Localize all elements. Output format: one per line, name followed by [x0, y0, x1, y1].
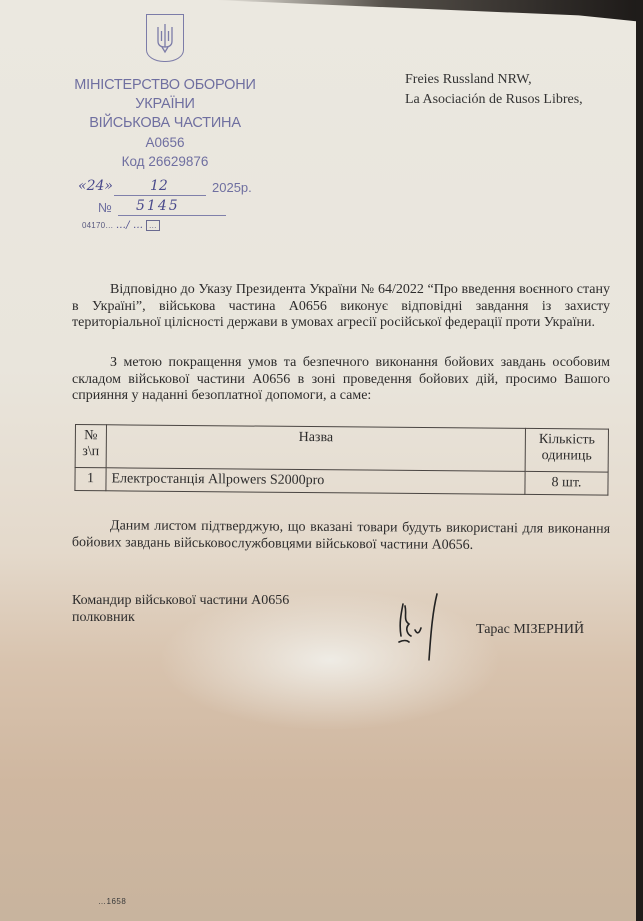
registration-tag: …	[146, 220, 160, 231]
addressee-line-1: Freies Russland NRW,	[405, 70, 583, 90]
unit-type: ВІЙСЬКОВА ЧАСТИНА	[70, 114, 260, 133]
addressee-line-2: La Asociación de Rusos Libres,	[405, 90, 583, 110]
handwritten-signature-icon	[393, 590, 453, 662]
signer-position: Командир військової частини А0656 полков…	[72, 592, 289, 626]
unit-number: А0656	[70, 133, 260, 152]
table-row: 1 Електростанція Allpowers S2000pro 8 шт…	[75, 468, 608, 496]
ministry-name: МІНІСТЕРСТВО ОБОРОНИ	[70, 76, 260, 95]
registration-prefix: 04170…	[82, 221, 113, 230]
date-underline	[114, 195, 206, 196]
registration-stamp-line: 04170… …/ … …	[82, 220, 262, 231]
signer-rank: полковник	[72, 609, 289, 626]
outgoing-date-number: «24» 12 2025р. № 5145	[78, 178, 258, 218]
items-table: № з\п Назва Кількість одиниць 1 Електрос…	[74, 424, 609, 496]
trident-coat-of-arms-icon	[146, 14, 184, 62]
row-quantity: 8 шт.	[525, 471, 608, 495]
row-number: 1	[75, 468, 106, 491]
letter-page: МІНІСТЕРСТВО ОБОРОНИ УКРАЇНИ ВІЙСЬКОВА Ч…	[0, 0, 638, 921]
background-edge	[636, 0, 643, 921]
signer-name: Тарас МІЗЕРНИЙ	[476, 622, 584, 638]
date-day: «24»	[78, 178, 113, 194]
paragraph-request: З метою покращення умов та безпечного ви…	[72, 355, 610, 405]
date-year: 2025р.	[212, 180, 252, 195]
paragraph-decree: Відповідно до Указу Президента України №…	[72, 282, 610, 332]
header-name: Назва	[106, 425, 525, 472]
registration-marks: …/ …	[116, 220, 143, 231]
paragraph-confirmation: Даним листом підтверджую, що вказані тов…	[72, 518, 610, 555]
number-label: №	[98, 200, 112, 215]
number-row: № 5145	[78, 198, 258, 218]
country-name: УКРАЇНИ	[70, 95, 260, 114]
row-item-name: Електростанція Allpowers S2000pro	[106, 468, 525, 495]
unit-code: Код 26629876	[70, 152, 260, 171]
table-header-row: № з\п Назва Кількість одиниць	[75, 425, 608, 473]
number-underline	[118, 215, 226, 216]
date-month: 12	[150, 178, 168, 194]
outgoing-number: 5145	[136, 198, 180, 214]
header-number: № з\п	[75, 425, 106, 468]
addressee: Freies Russland NRW, La Asociación de Ru…	[405, 70, 583, 110]
background-shadow	[215, 0, 643, 22]
signer-title: Командир військової частини А0656	[72, 592, 289, 609]
footer-print-code: …1658	[98, 897, 126, 906]
header-quantity: Кількість одиниць	[525, 428, 608, 472]
letterhead: МІНІСТЕРСТВО ОБОРОНИ УКРАЇНИ ВІЙСЬКОВА Ч…	[70, 14, 260, 171]
date-row: «24» 12 2025р.	[78, 178, 258, 198]
